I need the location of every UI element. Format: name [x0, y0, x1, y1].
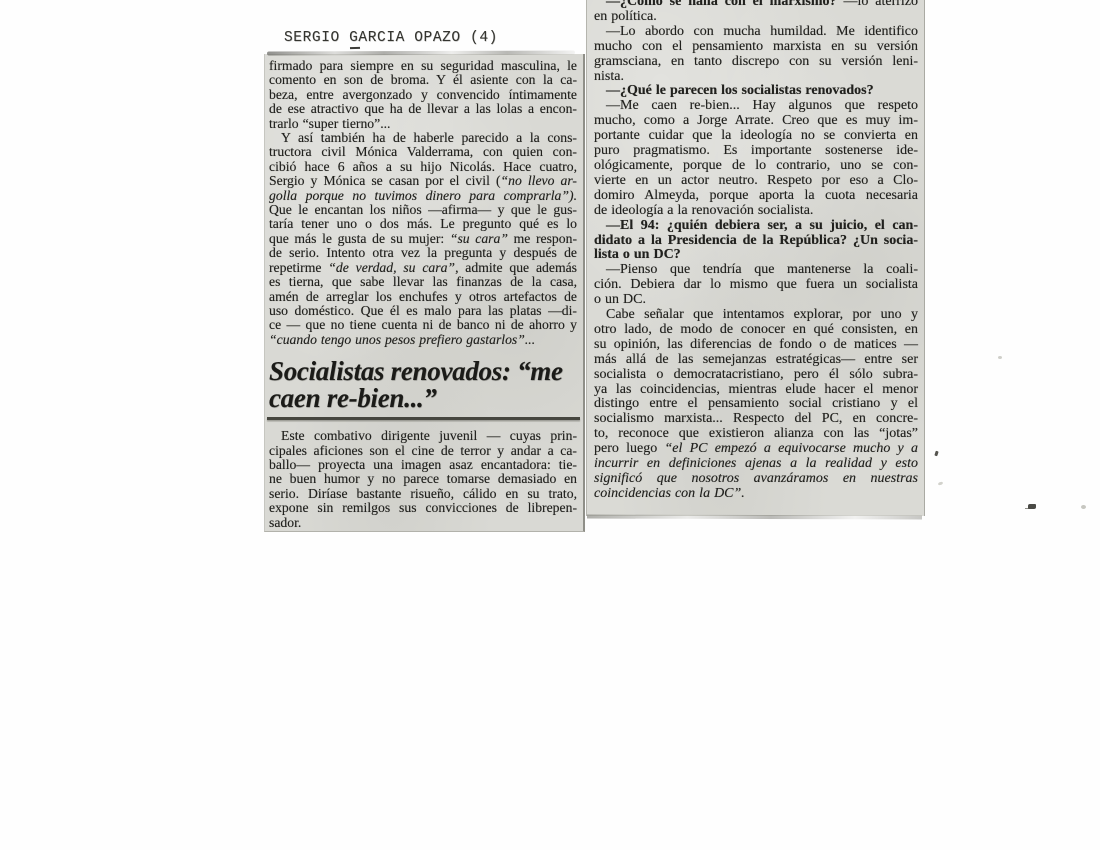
- text-line: significó que nosotros avanzáramos en nu…: [594, 472, 918, 487]
- text-line: firmado para siempre en su seguridad mas…: [269, 59, 577, 73]
- right-column-text: —¿Cómo se halla con el marxismo? —lo ate…: [594, 0, 918, 502]
- text-line: portante cuidar que la ideología no se c…: [594, 129, 918, 144]
- scan-speck: [1028, 504, 1036, 509]
- scan-speck: [1081, 505, 1086, 509]
- text-line: gramsciana, en tanto discrepo con su ver…: [594, 55, 918, 70]
- text-line: otro lado, de modo de conocer en qué con…: [594, 323, 918, 338]
- headline-line-2: caen re-bien...”: [269, 385, 577, 412]
- text-line: —Pienso que tendría que mantenerse la co…: [594, 263, 918, 278]
- text-line: vierte en un actor neutro. Respeto por e…: [594, 174, 918, 189]
- text-line: uso doméstico. Que él es malo para las p…: [269, 304, 577, 318]
- text-line: ne buen humor y no parece tomarse demasi…: [269, 472, 577, 486]
- headline-block: Socialistas renovados: “me caen re-bien.…: [269, 358, 577, 420]
- text-line: incurrir en definiciones ajenas a la rea…: [594, 457, 918, 472]
- left-column-text-top: firmado para siempre en su seguridad mas…: [269, 59, 577, 347]
- text-line: ballo— proyecta una imagen asaz encantad…: [269, 458, 577, 472]
- scan-speck: [934, 451, 938, 457]
- text-line: taría tener uno o dos más. Le pregunto q…: [269, 217, 577, 231]
- text-line: expone sin remilgos sus convicciones de …: [269, 501, 577, 515]
- text-line: socialista o democratacristiano, pero él…: [594, 368, 918, 383]
- text-line: pero luego “el PC empezó a equivocarse m…: [594, 442, 918, 457]
- text-line: o un DC.: [594, 293, 918, 308]
- text-line: cipales aficiones son el cine de terror …: [269, 444, 577, 458]
- text-line: to, reconoce que existieron alianza con …: [594, 427, 918, 442]
- text-line: es tierna, que sabe llevar las finanzas …: [269, 275, 577, 289]
- text-line: Que le encantan los niños —afirma— y que…: [269, 203, 577, 217]
- text-line: de serio. Intento otra vez la pregunta y…: [269, 246, 577, 260]
- text-line: coincidencias con la DC”.: [594, 487, 918, 502]
- right-clipping: —¿Cómo se halla con el marxismo? —lo ate…: [586, 0, 925, 516]
- scan-speck: [998, 356, 1002, 359]
- left-column-text-bottom: Este combativo dirigente juvenil — cuyas…: [269, 429, 577, 530]
- text-line: más allá de las semejanzas estratégicas—…: [594, 353, 918, 368]
- text-line: golla porque no tuvimos dinero para comp…: [269, 189, 577, 203]
- typewriter-underline-mark: [350, 47, 360, 49]
- text-line: ción. Debiera dar lo mismo que fuera un …: [594, 278, 918, 293]
- text-line: “cuando tengo unos pesos prefiero gastar…: [269, 333, 577, 347]
- text-line: comento en son de broma. Y él asiente co…: [269, 73, 577, 87]
- text-line: ya las coincidencias, mientras elude hac…: [594, 383, 918, 398]
- text-line: didato a la Presidencia de la República?…: [594, 234, 918, 249]
- text-line: serio. Diríase bastante risueño, cálido …: [269, 487, 577, 501]
- text-line: sador.: [269, 516, 577, 530]
- text-line: socialismo marxista... Respecto del PC, …: [594, 412, 918, 427]
- text-line: —Lo abordo con mucha humildad. Me identi…: [594, 25, 918, 40]
- text-line: mucho con el pensamiento marxista en su …: [594, 40, 918, 55]
- scanned-page: SERGIO GARCIA OPAZO (4) firmado para sie…: [0, 0, 1100, 850]
- text-line: beza, entre avergonzado y convencido ínt…: [269, 88, 577, 102]
- text-line: cibió hace 6 años a su hijo Nicolás. Hac…: [269, 160, 577, 174]
- text-line: —El 94: ¿quién debiera ser, a su juicio,…: [594, 219, 918, 234]
- text-line: de ideología a la renovación socialista.: [594, 204, 918, 219]
- text-line: mucho, como a Jorge Arrate. Creo que es …: [594, 114, 918, 129]
- text-line: Y así también ha de haberle parecido a l…: [269, 131, 577, 145]
- text-line: trarlo “super tierno”...: [269, 117, 577, 131]
- text-line: distingo entre el pensamiento social cri…: [594, 397, 918, 412]
- clipping-header-title: SERGIO GARCIA OPAZO (4): [284, 30, 498, 46]
- text-line: amén de arreglar los enchufes y otros ar…: [269, 290, 577, 304]
- text-line: domiro Almeyda, porque aporta la cuota n…: [594, 189, 918, 204]
- text-line: nista.: [594, 70, 918, 85]
- left-clipping: firmado para siempre en su seguridad mas…: [264, 54, 585, 532]
- text-line: su opinión, las diferencias de fondo o d…: [594, 338, 918, 353]
- text-line: Sergio y Mónica se casan por el civil (“…: [269, 174, 577, 188]
- scan-speck: [938, 481, 944, 486]
- text-line: Cabe señalar que intentamos explorar, po…: [594, 308, 918, 323]
- text-line: que más le gusta de su mujer: “su cara” …: [269, 232, 577, 246]
- text-line: ológicamente, porque de lo contrario, un…: [594, 159, 918, 174]
- headline-rule: [267, 417, 580, 420]
- text-line: repetirme “de verdad, su cara”, admite q…: [269, 261, 577, 275]
- text-line: ce — que no tiene cuenta ni de banco ni …: [269, 318, 577, 332]
- text-line: Este combativo dirigente juvenil — cuyas…: [269, 429, 577, 443]
- text-line: —Me caen re-bien... Hay algunos que resp…: [594, 99, 918, 114]
- text-line: en política.: [594, 10, 918, 25]
- headline-line-1: Socialistas renovados: “me: [269, 358, 577, 385]
- text-line: lista o un DC?: [594, 248, 918, 263]
- text-line: de ese atractivo que ha de llevar a las …: [269, 102, 577, 116]
- text-line: —¿Qué le parecen los socialistas renovad…: [594, 84, 918, 99]
- text-line: puro pragmatismo. Es importante sostener…: [594, 144, 918, 159]
- text-line: tructora civil Mónica Valderrama, con qu…: [269, 145, 577, 159]
